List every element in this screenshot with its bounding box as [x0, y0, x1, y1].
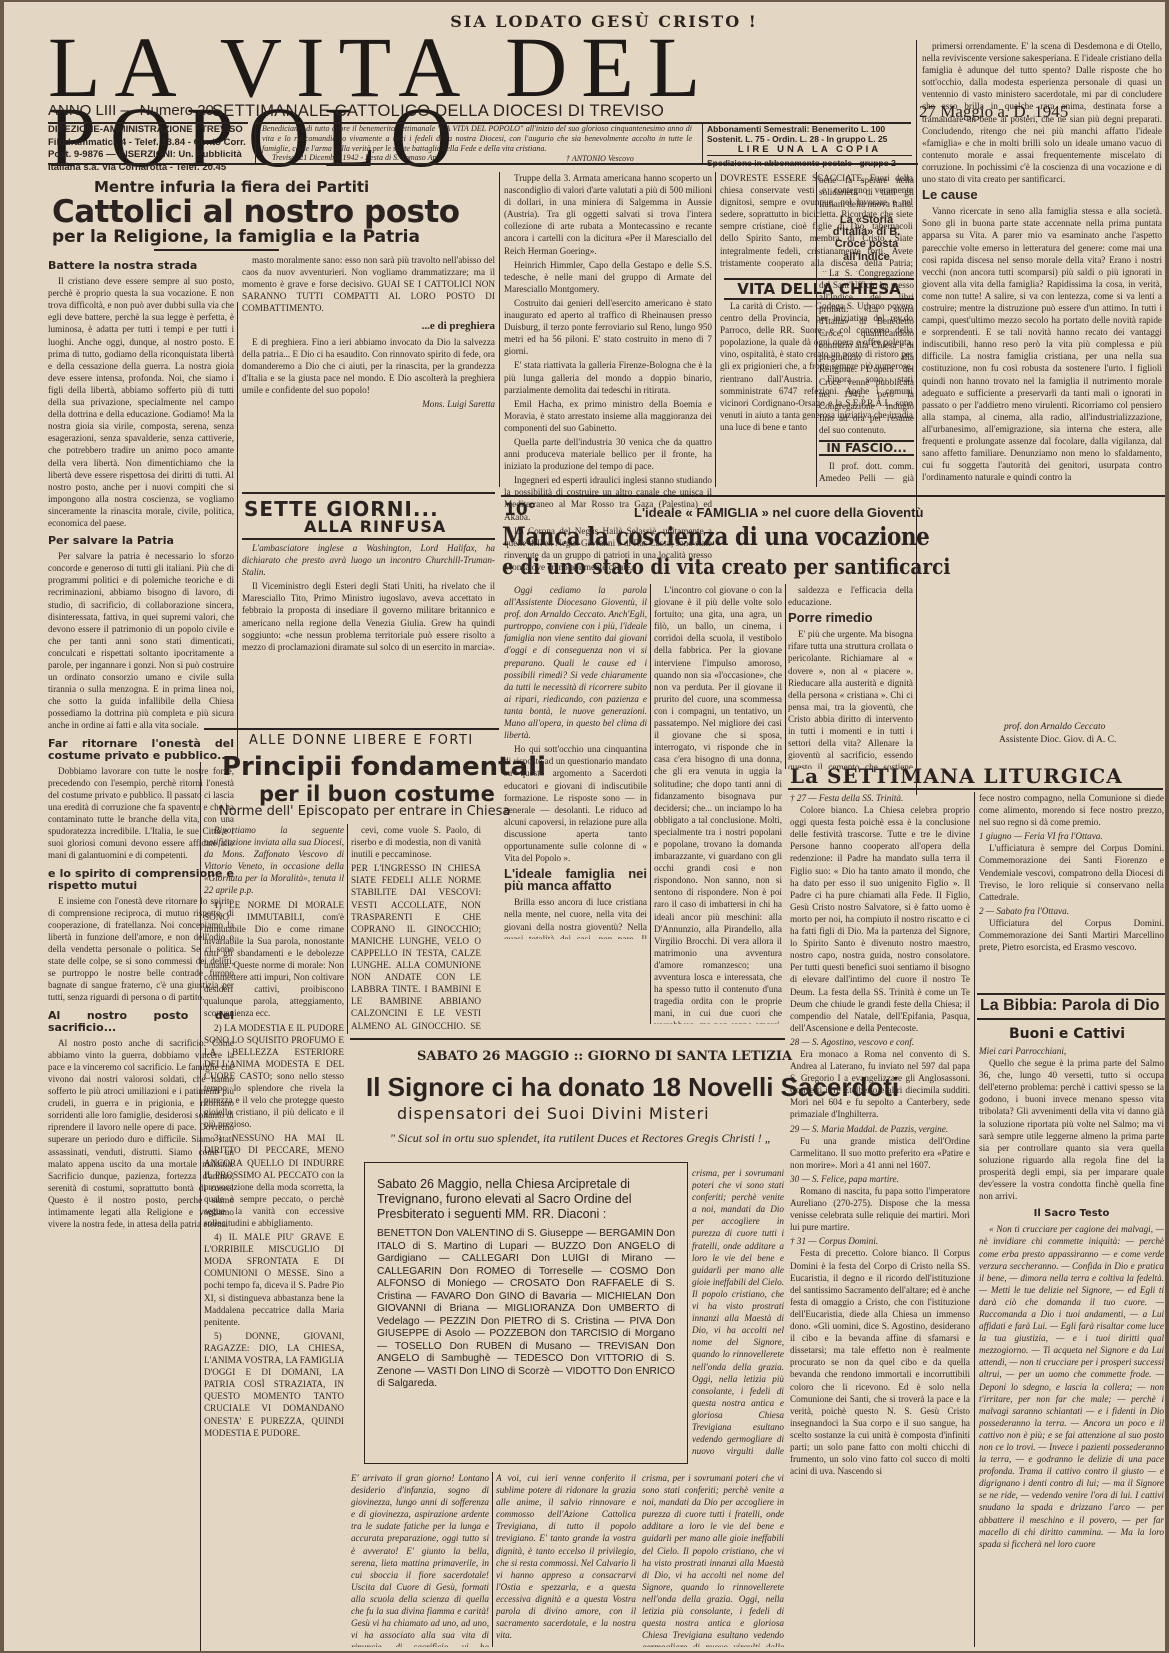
blessing-date: Treviso, 21 Dicembre 1942 - Festa di S. …: [272, 153, 439, 163]
sacerdoti-subheadline: dispensatori dei Suoi Divini Misteri: [397, 1104, 710, 1123]
direzione-box: DIREZIONE-AMMINISTRAZIONE · TREVISO Filo…: [48, 124, 258, 174]
in-fascio-title: IN FASCIO...: [819, 440, 914, 456]
lead-column-2: masto moralmente sano: esso non sarà più…: [242, 254, 495, 424]
liturgica-title: La SETTIMANA LITURGICA: [790, 764, 1123, 788]
sacerdoti-headline: Il Signore ci ha donato 18 Novelli Sacer…: [366, 1072, 899, 1103]
famiglia-column-2: L'incontro col giovane o con la giovane …: [654, 584, 782, 1024]
sacerdoti-kicker: SABATO 26 MAGGIO :: GIORNO DI SANTA LETI…: [417, 1049, 792, 1064]
liturgica-column-2: fece nostro compagno, nella Comunione si…: [979, 792, 1164, 957]
croce-infascio-column: bene fa sperare nella solidarietà di tut…: [819, 174, 914, 484]
principii-subheadline: per il buon costume: [259, 782, 495, 806]
shipping-note: Spedizione in abbonamento postale - grup…: [707, 158, 912, 168]
bishop-blessing: Benediciamo di tutto cuore il benemerito…: [262, 124, 692, 154]
series-number: 10°: [504, 500, 536, 520]
ordinations-names: BENETTON Don VALENTINO di S. Giuseppe — …: [377, 1228, 675, 1391]
sette-giorni-items: L'ambasciatore inglese a Washington, Lor…: [242, 542, 495, 722]
bibbia-text: Miei cari Parrocchiani, Quello che segue…: [979, 1045, 1164, 1647]
principii-column-2: cevi, come vuole S. Paolo, di riserbo e …: [351, 824, 481, 1034]
sette-giorni-title-2: ALLA RINFUSA: [304, 517, 446, 536]
sacerdoti-column-3: crisma, per i sovrumani poteri che vi so…: [642, 1472, 784, 1647]
issue-number: ANNO LIII — Numero 20: [48, 102, 214, 119]
blessing-signature: † ANTONIO Vescovo: [566, 154, 634, 164]
famiglia-signature: prof. don Arnaldo Ceccato: [1004, 722, 1105, 732]
famiglia-column-4: primersi orrendamente. E' la scena di De…: [922, 40, 1162, 490]
croce-title: La «Storia d'Italia» di B. Croce posta a…: [819, 214, 914, 262]
masthead-subtitle: SETTIMANALE CATTOLICO DELLA DIOCESI DI T…: [212, 102, 664, 121]
ordinations-box: Sabato 26 Maggio, nella Chiesa Arcipreta…: [364, 1162, 688, 1464]
famiglia-kicker: L'ideale « FAMIGLIA » nel cuore della Gi…: [634, 505, 923, 520]
abbonamenti-box: Abbonamenti Semestrali: Benemerito L. 10…: [707, 124, 912, 168]
sacerdoti-column-1: E' arrivato il gran giorno! Lontano desi…: [351, 1472, 489, 1647]
sacerdoti-column-2: A voi, cui ieri venne conferito il subli…: [496, 1472, 636, 1647]
famiglia-headline: Manca la coscienza di una vocazione: [502, 522, 929, 551]
price-label: LIRE UNA LA COPIA: [707, 145, 912, 156]
principii-kicker: ALLE DONNE LIBERE E FORTI: [249, 733, 474, 748]
bibbia-title: La Bibbia: Parola di Dio: [980, 997, 1160, 1015]
lead-subheadline: per la Religione, la famiglia e la Patri…: [52, 227, 420, 247]
principii-deck: Norme dell' Episcopato per entrare in Ch…: [219, 804, 510, 819]
famiglia-subheadline: e di uno stato di vita creato per santif…: [502, 554, 950, 579]
liturgica-column-1: † 27 — Festa della SS. Trinità. Colore b…: [790, 792, 970, 1647]
famiglia-signature-role: Assistente Dioc. Giov. di A. C.: [999, 735, 1116, 745]
lead-headline: Cattolici al nostro posto: [52, 194, 460, 230]
principii-headline: Principii fondamentali: [222, 752, 546, 782]
lead-signature: Mons. Luigi Saretta: [242, 398, 495, 410]
sacerdoti-column-3-top: crisma, per i sovrumani poteri che vi so…: [692, 1167, 784, 1457]
principii-column-1: Riportiamo la seguente notificazione inv…: [204, 824, 344, 1649]
newspaper-page: SIA LODATO GESÙ CRISTO ! LA VITA DEL POP…: [4, 2, 1165, 1651]
famiglia-column-3: saldezza e l'efficacia della educazione.…: [788, 584, 913, 769]
bibbia-subtitle: Buoni e Cattivi: [1009, 1026, 1125, 1042]
sacerdoti-quote: " Sicut sol in ortu suo splendet, ita ru…: [390, 1131, 771, 1146]
